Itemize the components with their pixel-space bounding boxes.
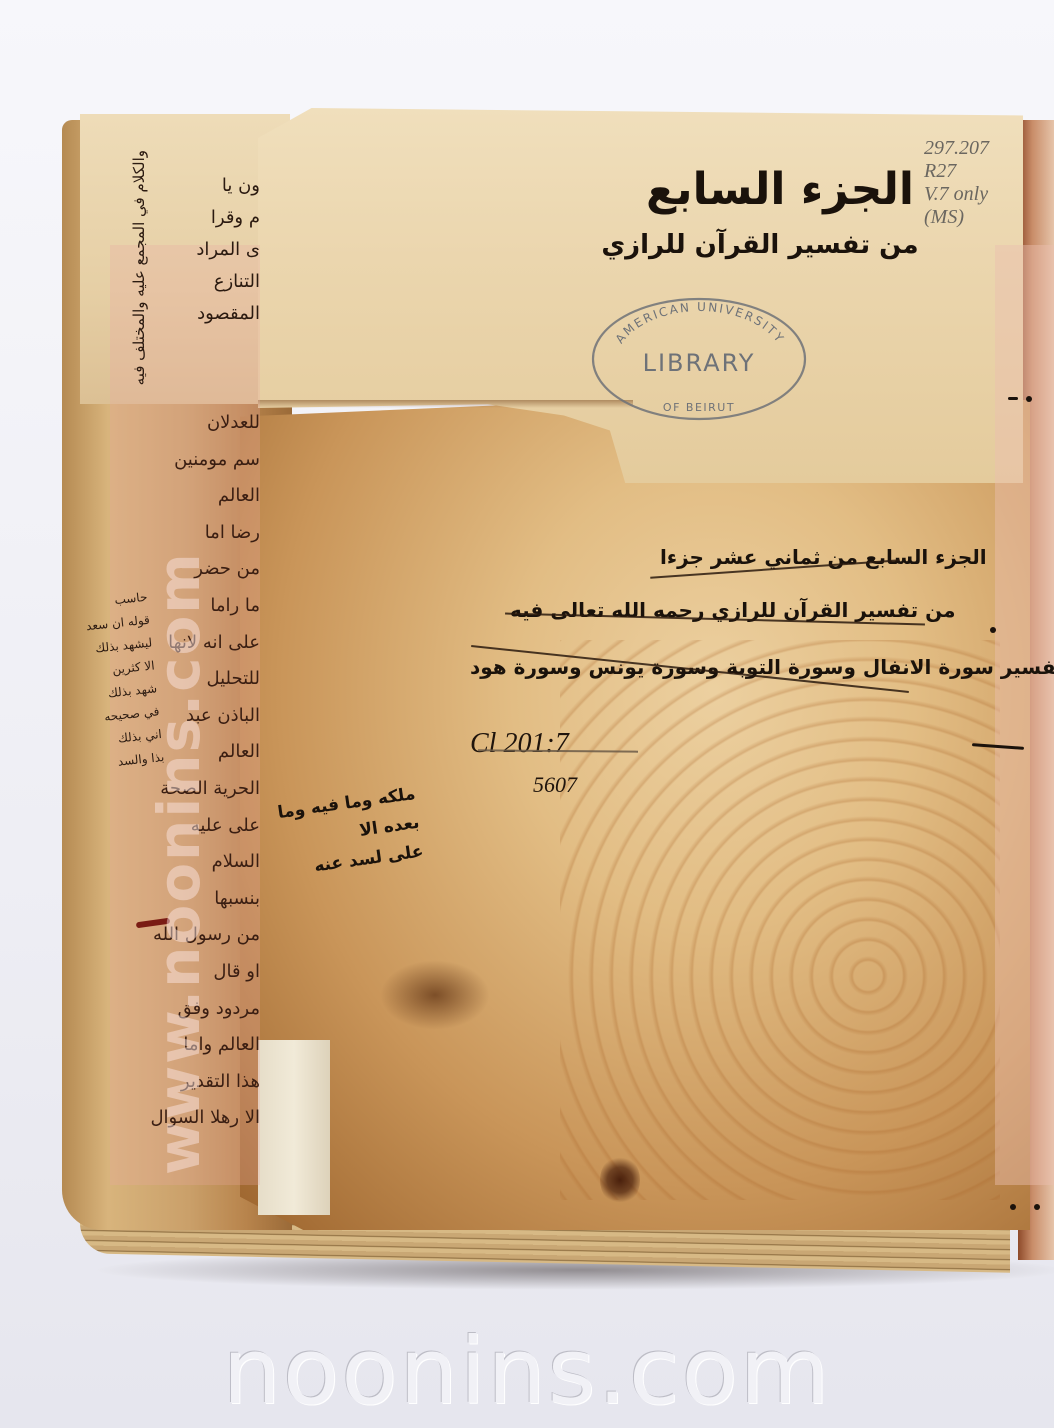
margin-line: رضا اما (150, 515, 260, 552)
margin-line: التنازع (178, 266, 260, 298)
margin-line: للعدلان (150, 405, 260, 442)
ink-mark (1008, 397, 1018, 400)
watermark-vertical: www.noonins.com (145, 551, 213, 1175)
margin-line: ون يا (178, 170, 260, 202)
shelf-mark-line: V.7 only (924, 183, 1034, 206)
shelf-mark-line: R27 (924, 160, 1034, 183)
page-stains (560, 640, 1000, 1200)
ink-mark (1010, 1204, 1016, 1210)
svg-text:AMERICAN UNIVERSITY: AMERICAN UNIVERSITY (613, 300, 788, 346)
watermark-band-right (995, 245, 1054, 1185)
margin-text-vertical: والكلام في المجمع عليه والمختلف فيه (130, 150, 148, 400)
shelf-mark-line: 297.207 (924, 137, 1034, 160)
margin-line: العالم (150, 478, 260, 515)
stamp-oval-icon: AMERICAN UNIVERSITY LIBRARY OF BEIRUT (588, 293, 810, 425)
ink-blot (600, 1155, 640, 1205)
dark-stain (380, 960, 490, 1030)
shelf-mark-line: (MS) (924, 206, 1034, 229)
margin-line: ى المراد (178, 234, 260, 266)
margin-line: المقصود (178, 298, 260, 330)
watermark-bottom: noonins.com (0, 1318, 1054, 1425)
catalog-number-struck: Cl 201:7 (470, 728, 569, 760)
shelf-mark: 297.207 R27 V.7 only (MS) (924, 137, 1034, 229)
repair-tape (258, 1040, 330, 1215)
flap-shadow (258, 400, 633, 408)
margin-line: سم مومنين (150, 442, 260, 479)
catalog-number: 5607 (533, 772, 577, 798)
stamp-top-text: AMERICAN UNIVERSITY (613, 300, 788, 346)
margin-line: م وقرا (178, 202, 260, 234)
stamp-center-text: LIBRARY (643, 349, 756, 377)
ink-mark (1034, 1204, 1040, 1210)
library-stamp: AMERICAN UNIVERSITY LIBRARY OF BEIRUT (588, 293, 810, 425)
stamp-bottom-text: OF BEIRUT (663, 401, 735, 414)
margin-text-top: ون يا م وقرا ى المراد التنازع المقصود (178, 170, 260, 330)
ink-mark (1026, 396, 1032, 402)
title-subheading: من تفسير القرآن للرازي (600, 230, 920, 260)
title-heading: الجزء السابع (640, 168, 920, 212)
ink-mark (990, 627, 996, 633)
